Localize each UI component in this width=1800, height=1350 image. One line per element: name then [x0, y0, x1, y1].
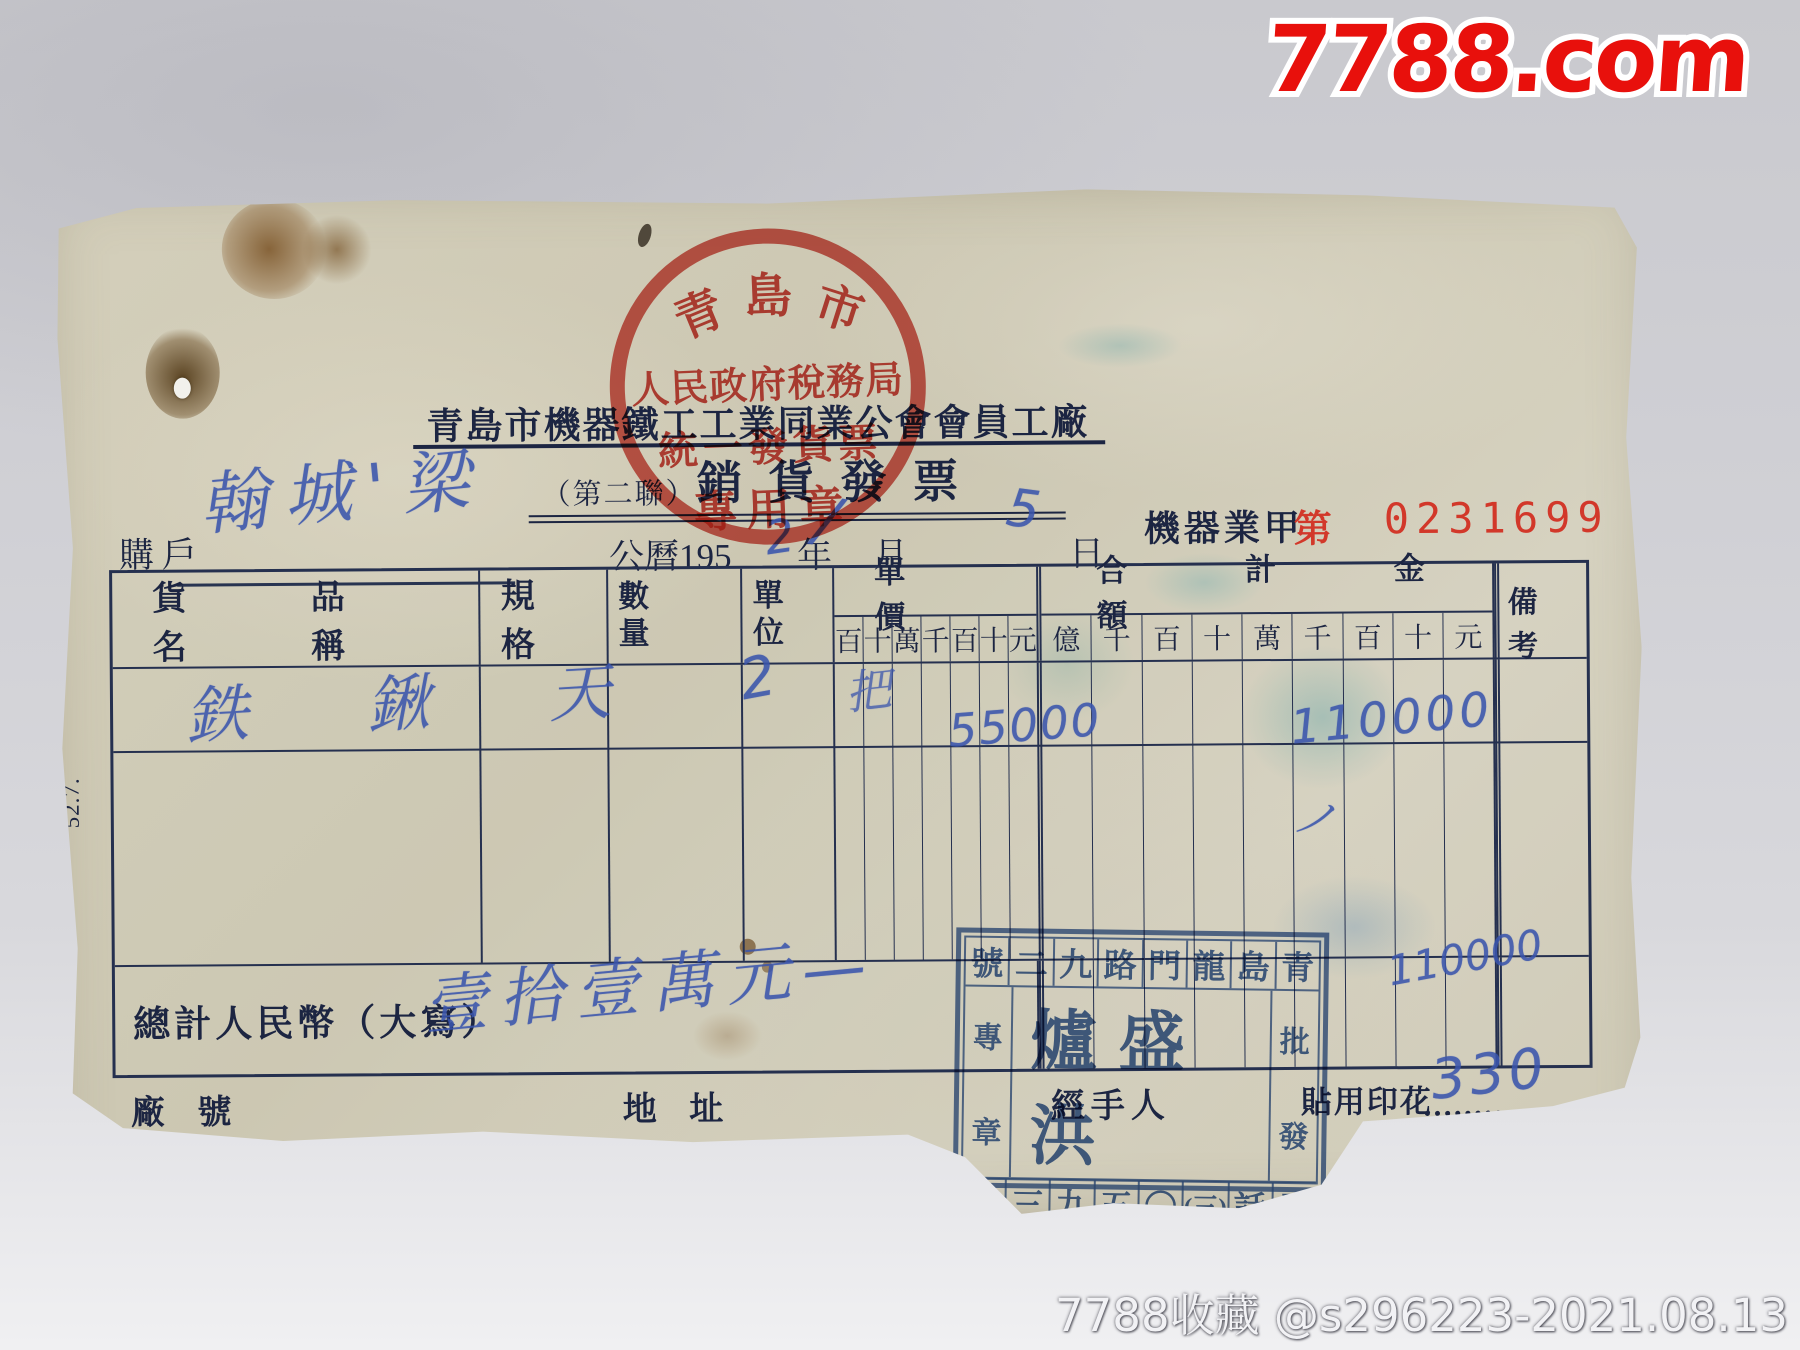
blue-stamp-char: 批 [1280, 1016, 1311, 1060]
col-remark: 備 考 [1499, 563, 1586, 672]
invoice-paper: 青島市機器鐵工工業同業公會會員工廠 （第二聯） 銷貨發票 公曆195 年 月 日… [46, 177, 1653, 1223]
blue-stamp-char: 電 [1273, 1183, 1316, 1231]
blue-stamp-char: 〇 [1139, 1181, 1184, 1229]
blue-stamp-char: (三) [1183, 1182, 1229, 1230]
price-digit: 十 [863, 617, 892, 662]
body-total-col [1037, 659, 1497, 958]
body-remark-col [1495, 659, 1589, 956]
stamp-fee-dotted-line [1425, 1109, 1663, 1116]
factory-no-label: 廠 號 [131, 1084, 244, 1134]
body-product-col [113, 667, 484, 966]
site-logo-7788: 7788.com 7788.com [1264, 6, 1752, 113]
table-body [113, 659, 1589, 967]
blue-stamp-right-col: 批 發 [1268, 991, 1319, 1182]
collection-credit-watermark: 7788收藏 @s296223-2021.08.13 [1055, 1279, 1788, 1344]
total-digit: 百 [1343, 613, 1394, 658]
price-digit: 千 [922, 616, 951, 661]
paper-hole [174, 378, 191, 399]
red-stamp-line3: 專用章 [629, 468, 917, 544]
form-code: 52.7. [54, 768, 89, 868]
stain [221, 199, 327, 300]
price-digit: 元 [1009, 616, 1037, 661]
col-price: 單 價 [834, 567, 1037, 617]
red-stamp-arc-char: 青 [662, 270, 733, 352]
ink-smudge [1057, 323, 1182, 369]
col-qty: 數量 [608, 569, 654, 663]
blue-stamp-address-row: 號 二 九 路 門 龍 島 青 [966, 938, 1320, 992]
body-spec-col [481, 666, 611, 963]
total-row: 總計人民幣（大寫） [115, 957, 1590, 1075]
blue-stamp-char: 九 [1054, 939, 1099, 987]
invoice-table: 貨 品 名 稱 規 格 數量 單位 單 價 百 十 萬 千 百 十 元 [109, 560, 1593, 1078]
body-unit-col [743, 664, 837, 961]
total-digit: 千 [1092, 615, 1143, 660]
hw-date-day: 5 [1003, 478, 1044, 542]
stain [145, 326, 220, 419]
blue-stamp-char: 路 [1099, 939, 1144, 987]
site-logo-text: 7788.com [1264, 6, 1752, 113]
body-qty-col [609, 665, 746, 962]
blue-stamp-char: 號 [962, 1179, 1007, 1227]
blue-stamp-char: 青 [1276, 942, 1319, 990]
total-digit-headers: 億 千 百 十 萬 千 百 十 元 [1042, 613, 1493, 661]
blue-stamp-phone-row: 號 三 九 五 〇 (三) 話 電 [962, 1179, 1316, 1231]
blue-stamp-char: 話 [1229, 1182, 1274, 1230]
blue-stamp-left-col: 專 章 [963, 987, 1014, 1178]
col-spec: 規 格 [481, 570, 607, 665]
blue-stamp-char: 二 [1010, 938, 1055, 986]
blue-stamp-char: 號 [966, 938, 1011, 986]
blue-stamp-char: 門 [1143, 940, 1188, 988]
total-row-label: 總計人民幣（大寫） [115, 961, 1040, 1075]
total-digit: 十 [1192, 614, 1243, 659]
price-digit-headers: 百 十 萬 千 百 十 元 [834, 616, 1036, 662]
stain [302, 214, 372, 284]
price-digit: 萬 [893, 616, 922, 661]
total-digit: 億 [1042, 615, 1093, 660]
serial-number: 0231699 [1384, 493, 1610, 544]
red-stamp-arc-char: 市 [807, 265, 874, 345]
red-stamp-line1: 人民政府稅務局 [624, 348, 912, 415]
price-digit: 百 [834, 617, 863, 662]
stain [635, 222, 654, 249]
table-header: 貨 品 名 稱 規 格 數量 單位 單 價 百 十 萬 千 百 十 元 [112, 563, 1587, 669]
form-code-text: 52.7. [59, 794, 85, 828]
blue-stamp-char: 九 [1051, 1180, 1096, 1228]
blue-stamp-char: 三 [1006, 1179, 1051, 1227]
red-stamp-line2: 統一發貨票 [626, 410, 914, 479]
col-unit: 單位 [742, 568, 788, 662]
red-stamp-arc-char: 島 [742, 257, 793, 328]
total-digit: 萬 [1243, 614, 1294, 659]
total-row-remark [1497, 957, 1589, 1066]
red-tax-stamp: 青 島 市 人民政府稅務局 統一發貨票 專用章 [603, 222, 932, 551]
blue-stamp-merchant-name: 爐盛洪 [1011, 987, 1271, 1181]
blue-stamp-char: 島 [1232, 941, 1277, 989]
total-digit: 元 [1443, 613, 1493, 658]
blue-stamp-middle-row: 專 章 爐盛洪 批 發 [963, 987, 1319, 1184]
address-label: 地 址 [623, 1081, 736, 1131]
blue-stamp-char: 專 [973, 1012, 1004, 1056]
total-digit: 千 [1293, 614, 1344, 659]
blue-stamp-char: 龍 [1187, 941, 1232, 989]
col-product: 貨 品 名 稱 [112, 571, 479, 668]
blue-stamp-char: 五 [1095, 1180, 1140, 1228]
blue-merchant-stamp: 號 二 九 路 門 龍 島 青 專 章 爐盛洪 批 [953, 927, 1330, 1192]
body-price-col [835, 663, 1039, 960]
blue-stamp-char: 發 [1278, 1111, 1309, 1155]
price-digit: 百 [951, 616, 980, 661]
total-digit: 十 [1393, 613, 1444, 658]
blue-stamp-char: 章 [971, 1107, 1002, 1151]
total-digit: 百 [1142, 615, 1193, 660]
col-total: 合 計 金 額 [1041, 564, 1492, 616]
photo-of-invoice: 7788.com 7788.com 青島市機器鐵工工業同業公會會員工廠 （第二聯… [0, 0, 1800, 1350]
price-digit: 十 [980, 616, 1009, 661]
